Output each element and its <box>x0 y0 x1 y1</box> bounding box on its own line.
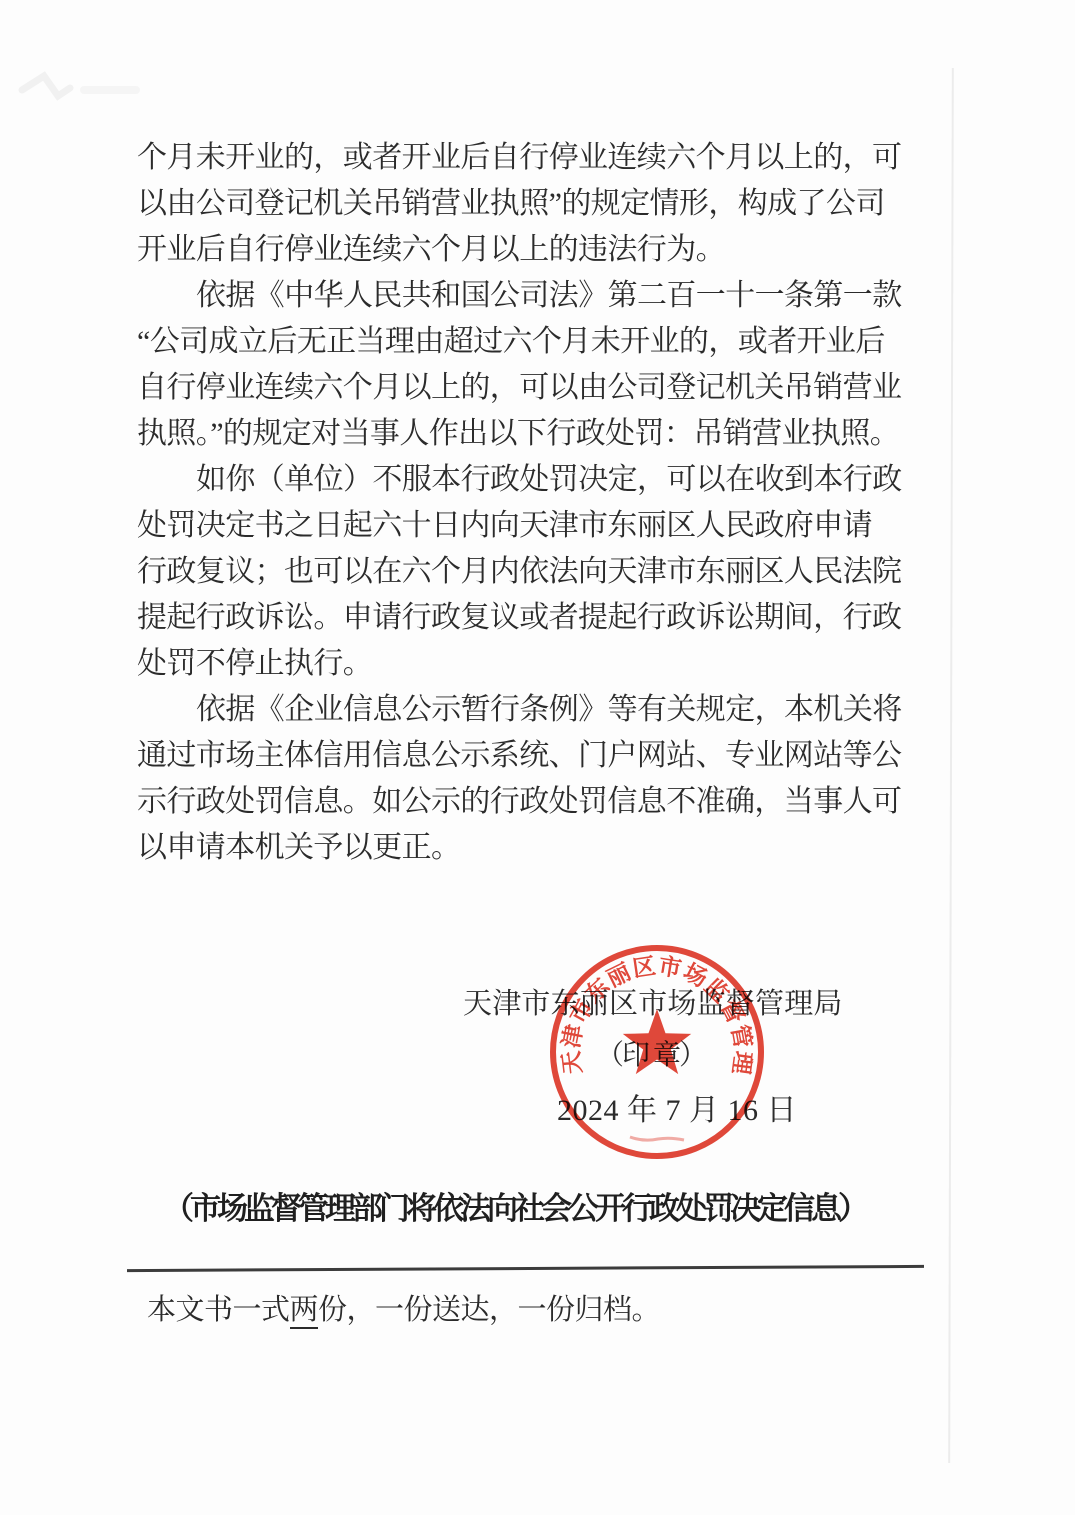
copies-note: 本文书一式两份，一份送达，一份归档。 <box>147 1287 660 1328</box>
text-line: 处罚不停止执行。 <box>137 641 927 687</box>
text-line: 开业后自行停业连续六个月以上的违法行为。 <box>137 227 927 273</box>
text-line: 处罚决定书之日起六十日内向天津市东丽区人民政府申请 <box>137 503 927 549</box>
text-line: 个月未开业的，或者开业后自行停业连续六个月以上的，可 <box>137 135 927 181</box>
copies-note-suffix: 份，一份送达，一份归档。 <box>318 1294 660 1326</box>
official-red-seal-icon: 天津市东丽区市场监督管理局 <box>542 937 772 1167</box>
public-disclosure-notice: （市场监督管理部门将依法向社会公开行政处罚决定信息） <box>163 1183 865 1228</box>
text-line: 以由公司登记机关吊销营业执照”的规定情形，构成了公司 <box>137 181 927 227</box>
text-line: 行政复议；也可以在六个月内依法向天津市东丽区人民法院 <box>137 549 927 595</box>
text-line: 以申请本机关予以更正。 <box>137 825 927 871</box>
text-line: 提起行政诉讼。申请行政复议或者提起行政诉讼期间，行政 <box>137 595 927 641</box>
footer-divider <box>127 1265 924 1272</box>
penalty-decision-document: 个月未开业的，或者开业后自行停业连续六个月以上的，可以由公司登记机关吊销营业执照… <box>0 0 1075 1515</box>
seal-bottom-mark <box>630 1137 684 1140</box>
copies-note-prefix: 本文书一式 <box>147 1294 290 1326</box>
seal-star-icon <box>623 1009 691 1074</box>
text-line: 自行停业连续六个月以上的，可以由公司登记机关吊销营业 <box>137 365 927 411</box>
text-line: 依据《企业信息公示暂行条例》等有关规定，本机关将 <box>137 687 927 733</box>
text-line: 如你（单位）不服本行政处罚决定，可以在收到本行政 <box>137 457 927 503</box>
text-line: 通过市场主体信用信息公示系统、门户网站、专业网站等公 <box>137 733 927 779</box>
document-body: 个月未开业的，或者开业后自行停业连续六个月以上的，可以由公司登记机关吊销营业执照… <box>137 135 927 871</box>
text-line: 依据《中华人民共和国公司法》第二百一十一条第一款 <box>137 273 927 319</box>
copies-note-underlined: 两 <box>290 1294 319 1329</box>
text-line: “公司成立后无正当理由超过六个月未开业的，或者开业后 <box>137 319 927 365</box>
text-line: 示行政处罚信息。如公示的行政处罚信息不准确，当事人可 <box>137 779 927 825</box>
scan-smudge <box>12 60 172 120</box>
scan-edge-line <box>948 68 954 1463</box>
text-line: 执照。”的规定对当事人作出以下行政处罚：吊销营业执照。 <box>137 411 927 457</box>
